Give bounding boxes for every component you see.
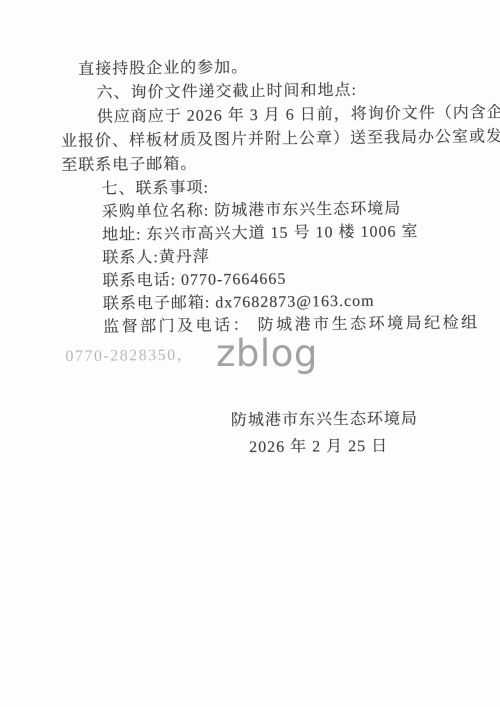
- document-body: 直接持股企业的参加。 六、询价文件递交截止时间和地点: 供应商应于 2026 年…: [60, 54, 448, 368]
- supplier-instruction-line-2: 业报价、样板材质及图片并附上公章）送至我局办公室或发: [61, 126, 446, 154]
- purchaser-address: 地址: 东兴市高兴大道 15 号 10 楼 1006 室: [102, 220, 447, 247]
- signature-block: 防城港市东兴生态环境局 2026 年 2 月 25 日: [0, 406, 500, 463]
- document-page: 直接持股企业的参加。 六、询价文件递交截止时间和地点: 供应商应于 2026 年…: [0, 0, 500, 707]
- watermark-logo: zblog: [216, 334, 318, 374]
- signature-date: 2026 年 2 月 25 日: [0, 432, 500, 463]
